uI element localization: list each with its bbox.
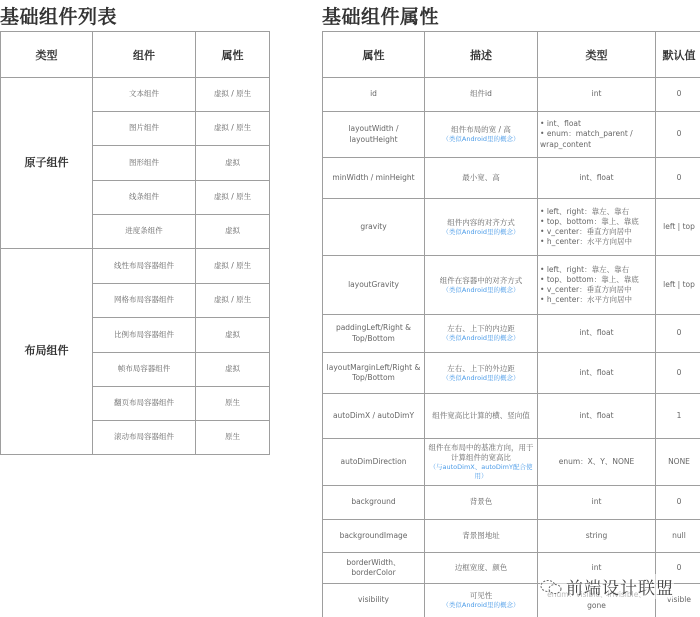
- description-text: 背景图地址: [462, 531, 500, 540]
- component-cell: 线条组件: [93, 181, 196, 215]
- attribute-cell: 虚拟: [196, 353, 270, 387]
- header-default: 默认值: [656, 32, 700, 78]
- watermark: 前端设计联盟: [540, 574, 674, 599]
- watermark-text: 前端设计联盟: [566, 574, 674, 599]
- type-list-item: h_center：水平方向居中: [540, 295, 652, 305]
- type-cell: int、floatenum：match_parent / wrap_conten…: [538, 112, 656, 158]
- property-cell: gravity: [323, 199, 425, 256]
- default-cell: null: [656, 520, 700, 553]
- component-cell: 图形组件: [93, 146, 196, 181]
- type-cell: int: [538, 486, 656, 520]
- type-list-item: h_center：水平方向居中: [540, 237, 652, 247]
- description-text: 最小宽、高: [462, 173, 500, 182]
- description-text: 边框宽度、颜色: [455, 563, 508, 572]
- description-cell: 组件id: [425, 78, 538, 112]
- table-row: id组件idint0: [323, 78, 700, 112]
- android-note: （类似Android里的概念）: [428, 286, 534, 295]
- attribute-cell: 原生: [196, 421, 270, 455]
- type-list-item: top、bottom：靠上、靠底: [540, 217, 652, 227]
- component-list-table: 类型 组件 属性 原子组件文本组件虚拟 / 原生图片组件虚拟 / 原生图形组件虚…: [0, 31, 270, 455]
- table-row: 布局组件线性布局容器组件虚拟 / 原生: [1, 249, 270, 284]
- attribute-cell: 虚拟 / 原生: [196, 78, 270, 112]
- component-cell: 进度条组件: [93, 215, 196, 249]
- table-row: 原子组件文本组件虚拟 / 原生: [1, 78, 270, 112]
- component-cell: 比例布局容器组件: [93, 318, 196, 353]
- type-list-item: v_center：垂直方向居中: [540, 227, 652, 237]
- description-cell: 组件布局的宽 / 高（类似Android里的概念）: [425, 112, 538, 158]
- type-list-item: v_center：垂直方向居中: [540, 285, 652, 295]
- property-cell: minWidth / minHeight: [323, 158, 425, 199]
- default-cell: 0: [656, 353, 700, 394]
- android-note: （与autoDimX、autoDimY配合使用）: [428, 463, 534, 481]
- left-table-title: 基础组件列表: [0, 2, 117, 29]
- description-cell: 组件内容的对齐方式（类似Android里的概念）: [425, 199, 538, 256]
- component-cell: 滚动布局容器组件: [93, 421, 196, 455]
- property-cell: borderWidth、borderColor: [323, 553, 425, 584]
- description-cell: 组件宽高比计算的横、竖向值: [425, 394, 538, 439]
- description-text: 组件在布局中的基准方向，用于计算组件的宽高比: [429, 443, 534, 462]
- table-row: autoDimDirection组件在布局中的基准方向，用于计算组件的宽高比（与…: [323, 439, 700, 486]
- table-header-row: 属性 描述 类型 默认值: [323, 32, 700, 78]
- description-cell: 组件在容器中的对齐方式（类似Android里的概念）: [425, 256, 538, 315]
- description-text: 背景色: [470, 497, 493, 506]
- component-cell: 翻页布局容器组件: [93, 387, 196, 421]
- table-row: autoDimX / autoDimY组件宽高比计算的横、竖向值int、floa…: [323, 394, 700, 439]
- type-cell: int、float: [538, 158, 656, 199]
- component-properties-table: 属性 描述 类型 默认值 id组件idint0layoutWidth / lay…: [322, 31, 700, 617]
- description-cell: 可见性（类似Android里的概念）: [425, 584, 538, 617]
- attribute-cell: 虚拟: [196, 215, 270, 249]
- attribute-cell: 虚拟 / 原生: [196, 249, 270, 284]
- property-cell: id: [323, 78, 425, 112]
- default-cell: left | top: [656, 199, 700, 256]
- header-type: 类型: [538, 32, 656, 78]
- type-cell: string: [538, 520, 656, 553]
- description-cell: 最小宽、高: [425, 158, 538, 199]
- description-text: 组件id: [470, 89, 492, 98]
- description-text: 组件内容的对齐方式: [447, 218, 515, 227]
- type-list-item: left、right：靠左、靠右: [540, 207, 652, 217]
- description-text: 组件在容器中的对齐方式: [440, 276, 523, 285]
- component-cell: 网格布局容器组件: [93, 284, 196, 318]
- property-cell: visibility: [323, 584, 425, 617]
- attribute-cell: 虚拟 / 原生: [196, 112, 270, 146]
- attribute-cell: 虚拟 / 原生: [196, 181, 270, 215]
- table-row: minWidth / minHeight最小宽、高int、float0: [323, 158, 700, 199]
- property-cell: layoutMarginLeft/Right & Top/Bottom: [323, 353, 425, 394]
- default-cell: NONE: [656, 439, 700, 486]
- property-cell: background: [323, 486, 425, 520]
- type-cell: int、float: [538, 315, 656, 353]
- android-note: （类似Android里的概念）: [428, 334, 534, 343]
- type-cell: enum：X、Y、NONE: [538, 439, 656, 486]
- android-note: （类似Android里的概念）: [428, 135, 534, 144]
- description-text: 组件布局的宽 / 高: [451, 125, 511, 134]
- header-property: 属性: [323, 32, 425, 78]
- description-text: 可见性: [470, 591, 493, 600]
- attribute-cell: 虚拟: [196, 146, 270, 181]
- type-cell: int、float: [538, 394, 656, 439]
- description-cell: 边框宽度、颜色: [425, 553, 538, 584]
- default-cell: 0: [656, 78, 700, 112]
- type-cell: int: [538, 78, 656, 112]
- table-row: layoutMarginLeft/Right & Top/Bottom左右、上下…: [323, 353, 700, 394]
- attribute-cell: 虚拟: [196, 318, 270, 353]
- default-cell: left | top: [656, 256, 700, 315]
- description-text: 组件宽高比计算的横、竖向值: [432, 411, 530, 420]
- component-cell: 线性布局容器组件: [93, 249, 196, 284]
- type-list-item: left、right：靠左、靠右: [540, 265, 652, 275]
- property-cell: autoDimDirection: [323, 439, 425, 486]
- type-cell: int、float: [538, 353, 656, 394]
- header-type: 类型: [1, 32, 93, 78]
- property-cell: backgroundImage: [323, 520, 425, 553]
- android-note: （类似Android里的概念）: [428, 228, 534, 237]
- description-cell: 左右、上下的内边距（类似Android里的概念）: [425, 315, 538, 353]
- type-list-item: enum：match_parent / wrap_content: [540, 129, 652, 149]
- wechat-icon: [540, 579, 562, 595]
- default-cell: 0: [656, 315, 700, 353]
- description-cell: 组件在布局中的基准方向，用于计算组件的宽高比（与autoDimX、autoDim…: [425, 439, 538, 486]
- description-text: 左右、上下的外边距: [447, 364, 515, 373]
- component-cell: 文本组件: [93, 78, 196, 112]
- description-cell: 背景图地址: [425, 520, 538, 553]
- default-cell: 0: [656, 158, 700, 199]
- header-attribute: 属性: [196, 32, 270, 78]
- property-cell: autoDimX / autoDimY: [323, 394, 425, 439]
- table-header-row: 类型 组件 属性: [1, 32, 270, 78]
- property-cell: layoutWidth / layoutHeight: [323, 112, 425, 158]
- type-list-item: top、bottom：靠上、靠底: [540, 275, 652, 285]
- header-description: 描述: [425, 32, 538, 78]
- right-table-title: 基础组件属性: [322, 2, 439, 29]
- android-note: （类似Android里的概念）: [428, 601, 534, 610]
- android-note: （类似Android里的概念）: [428, 374, 534, 383]
- table-row: backgroundImage背景图地址stringnull: [323, 520, 700, 553]
- table-row: paddingLeft/Right & Top/Bottom左右、上下的内边距（…: [323, 315, 700, 353]
- default-cell: 0: [656, 112, 700, 158]
- property-cell: paddingLeft/Right & Top/Bottom: [323, 315, 425, 353]
- attribute-cell: 原生: [196, 387, 270, 421]
- group-cell: 原子组件: [1, 78, 93, 249]
- description-cell: 左右、上下的外边距（类似Android里的概念）: [425, 353, 538, 394]
- description-text: 左右、上下的内边距: [447, 324, 515, 333]
- description-cell: 背景色: [425, 486, 538, 520]
- header-component: 组件: [93, 32, 196, 78]
- default-cell: 0: [656, 486, 700, 520]
- property-cell: layoutGravity: [323, 256, 425, 315]
- table-row: background背景色int0: [323, 486, 700, 520]
- component-cell: 帧布局容器组件: [93, 353, 196, 387]
- default-cell: 1: [656, 394, 700, 439]
- type-cell: left、right：靠左、靠右top、bottom：靠上、靠底v_center…: [538, 199, 656, 256]
- table-row: layoutWidth / layoutHeight组件布局的宽 / 高（类似A…: [323, 112, 700, 158]
- type-list-item: int、float: [540, 119, 652, 129]
- group-cell: 布局组件: [1, 249, 93, 455]
- attribute-cell: 虚拟 / 原生: [196, 284, 270, 318]
- component-cell: 图片组件: [93, 112, 196, 146]
- table-row: layoutGravity组件在容器中的对齐方式（类似Android里的概念）l…: [323, 256, 700, 315]
- table-row: gravity组件内容的对齐方式（类似Android里的概念）left、righ…: [323, 199, 700, 256]
- type-cell: left、right：靠左、靠右top、bottom：靠上、靠底v_center…: [538, 256, 656, 315]
